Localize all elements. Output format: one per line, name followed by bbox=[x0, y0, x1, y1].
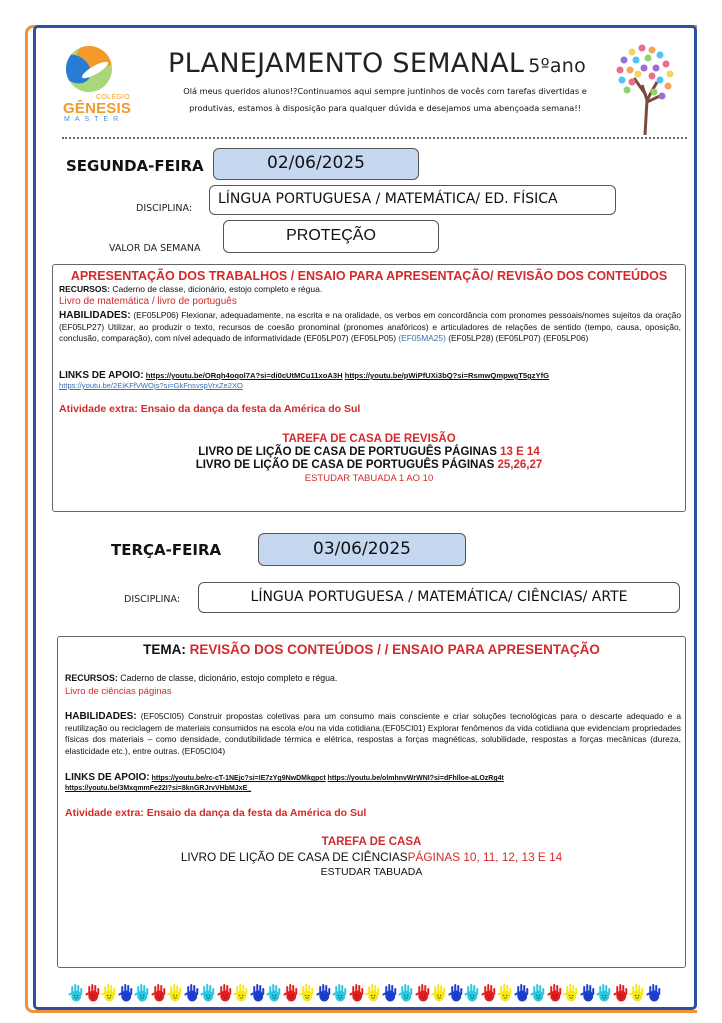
tuesday-links: LINKS DE APOIO: https://youtu.be/rc-cT-1… bbox=[65, 773, 681, 794]
skills-label: HABILIDADES: bbox=[59, 310, 131, 321]
monday-homework-title: TAREFA DE CASA DE REVISÃO bbox=[53, 433, 685, 445]
tuesday-homework-title: TAREFA DE CASA bbox=[58, 836, 685, 848]
monday-homework-line-1: LIVRO DE LIÇÃO DE CASA DE PORTUGUÊS PÁGI… bbox=[53, 446, 685, 458]
tuesday-discipline-field[interactable]: LÍNGUA PORTUGUESA / MATEMÁTICA/ CIÊNCIAS… bbox=[198, 582, 680, 613]
support-link-1[interactable]: https://youtu.be/rc-cT-1NEjc?si=IE7zYg9N… bbox=[152, 775, 326, 782]
monday-resources: RECURSOS: Caderno de classe, dicionário,… bbox=[59, 284, 322, 294]
support-link-2[interactable]: https://youtu.be/pWiPfUXi3bQ?si=RsmwQmpw… bbox=[345, 371, 549, 380]
resources-label: RECURSOS: bbox=[65, 673, 118, 683]
theme-label: TEMA: bbox=[143, 642, 186, 657]
logo-emblem-icon bbox=[66, 46, 112, 92]
homework-pages: 13 E 14 bbox=[500, 446, 540, 458]
monday-links: LINKS DE APOIO: https://youtu.be/ORqh4oq… bbox=[59, 371, 681, 391]
tuesday-discipline-label: DISCIPLINA: bbox=[124, 594, 180, 605]
tuesday-books: Livro de ciências páginas bbox=[65, 686, 172, 697]
hand-icon bbox=[299, 983, 316, 1003]
resources-text: Caderno de classe, dicionário, estojo co… bbox=[112, 284, 322, 294]
hand-icon bbox=[332, 983, 349, 1003]
hand-icon bbox=[365, 983, 382, 1003]
monday-discipline-field[interactable]: LÍNGUA PORTUGUESA / MATEMÁTICA/ ED. FÍSI… bbox=[209, 185, 616, 215]
resources-label: RECURSOS: bbox=[59, 284, 110, 294]
theme-text: REVISÃO DOS CONTEÚDOS / / ENSAIO PARA AP… bbox=[190, 642, 600, 657]
hand-icon bbox=[448, 983, 465, 1003]
hand-icon bbox=[580, 983, 597, 1003]
hand-icon bbox=[431, 983, 448, 1003]
hand-icon bbox=[596, 983, 613, 1003]
hand-icon bbox=[316, 983, 333, 1003]
monday-value-field[interactable]: PROTEÇÃO bbox=[223, 220, 439, 253]
hand-icon bbox=[217, 983, 234, 1003]
hand-icon bbox=[481, 983, 498, 1003]
hand-icon bbox=[283, 983, 300, 1003]
tuesday-content-box: TEMA: REVISÃO DOS CONTEÚDOS / / ENSAIO P… bbox=[57, 636, 686, 968]
monday-theme: APRESENTAÇÃO DOS TRABALHOS / ENSAIO PARA… bbox=[53, 269, 685, 283]
hand-icon bbox=[101, 983, 118, 1003]
hand-icon bbox=[415, 983, 432, 1003]
skills-code-highlight: (EF05MA25) bbox=[398, 333, 445, 343]
monday-content-box: APRESENTAÇÃO DOS TRABALHOS / ENSAIO PARA… bbox=[52, 264, 686, 512]
hand-icon bbox=[563, 983, 580, 1003]
skills-text-tail: (EF05LP28) (EF05LP07) (EF05LP06) bbox=[448, 333, 588, 343]
homework-line-text: LIVRO DE LIÇÃO DE CASA DE PORTUGUÊS PÁGI… bbox=[198, 446, 497, 458]
hand-icon bbox=[118, 983, 135, 1003]
support-link-2[interactable]: https://youtu.be/olmhnvWrWNI?si=dFhlloe-… bbox=[328, 775, 504, 782]
monday-extra-activity: Atividade extra: Ensaio da dança da fest… bbox=[59, 403, 360, 415]
hand-icon bbox=[151, 983, 168, 1003]
hand-icon bbox=[530, 983, 547, 1003]
monday-value-label: VALOR DA SEMANA bbox=[109, 243, 200, 254]
tuesday-extra-activity: Atividade extra: Ensaio da dança da fest… bbox=[65, 807, 366, 819]
monday-discipline-label: DISCIPLINA: bbox=[136, 203, 192, 214]
tuesday-skills: HABILIDADES: (EF05CI05) Construir propos… bbox=[65, 711, 681, 757]
hand-icon bbox=[184, 983, 201, 1003]
support-link-3[interactable]: https://youtu.be/3MxqmmFe22I?si=8knGRJrv… bbox=[65, 785, 251, 792]
monday-books: Livro de matemática / livro de português bbox=[59, 296, 237, 307]
support-link-1[interactable]: https://youtu.be/ORqh4oqol7A?si=di0cUtMC… bbox=[146, 371, 343, 380]
skills-label: HABILIDADES: bbox=[65, 711, 137, 722]
hand-icon bbox=[629, 983, 646, 1003]
tuesday-homework-line: LIVRO DE LIÇÃO DE CASA DE CIÊNCIASPÁGINA… bbox=[58, 850, 685, 864]
skills-text: (EF05CI05) Construir propostas coletivas… bbox=[65, 711, 681, 756]
logo-name-text: GÊNESIS bbox=[63, 100, 131, 117]
header-separator bbox=[62, 137, 687, 139]
monday-skills: HABILIDADES: (EF05LP06) Flexionar, adequ… bbox=[59, 310, 681, 345]
school-logo: COLÉGIO GÊNESIS MASTER bbox=[60, 44, 136, 124]
homework-pages: PÁGINAS 10, 11, 12, 13 E 14 bbox=[408, 850, 563, 864]
hand-icon bbox=[85, 983, 102, 1003]
homework-pages: 25,26,27 bbox=[498, 459, 543, 471]
monday-day-label: SEGUNDA-FEIRA bbox=[66, 157, 204, 175]
monday-date-field[interactable]: 02/06/2025 bbox=[213, 148, 419, 180]
logo-sub-text: MASTER bbox=[64, 116, 123, 123]
homework-line-text: LIVRO DE LIÇÃO DE CASA DE CIÊNCIAS bbox=[181, 850, 408, 864]
colorful-tree-icon bbox=[612, 40, 678, 135]
homework-line-text: LIVRO DE LIÇÃO DE CASA DE PORTUGUÊS PÁGI… bbox=[196, 459, 495, 471]
tuesday-homework-extra: ESTUDAR TABUADA bbox=[58, 866, 685, 878]
greeting-message: Olá meus queridos alunos!?Continuamos aq… bbox=[165, 83, 605, 117]
hand-icon bbox=[514, 983, 531, 1003]
hand-icon bbox=[167, 983, 184, 1003]
title-text: PLANEJAMENTO SEMANAL bbox=[168, 48, 524, 79]
hands-border-decoration bbox=[68, 983, 668, 1005]
grade-text: 5ºano bbox=[528, 55, 586, 77]
page-title: PLANEJAMENTO SEMANAL5ºano bbox=[168, 48, 586, 79]
hand-icon bbox=[398, 983, 415, 1003]
tuesday-resources: RECURSOS: Caderno de classe, dicionário,… bbox=[65, 673, 337, 683]
hand-icon bbox=[464, 983, 481, 1003]
monday-homework-extra: ESTUDAR TABUADA 1 AO 10 bbox=[53, 473, 685, 484]
tuesday-day-label: TERÇA-FEIRA bbox=[111, 541, 221, 559]
hand-icon bbox=[349, 983, 366, 1003]
hand-icon bbox=[382, 983, 399, 1003]
hand-icon bbox=[233, 983, 250, 1003]
hand-icon bbox=[613, 983, 630, 1003]
monday-homework-line-2: LIVRO DE LIÇÃO DE CASA DE PORTUGUÊS PÁGI… bbox=[53, 459, 685, 471]
hand-icon bbox=[200, 983, 217, 1003]
hand-icon bbox=[68, 983, 85, 1003]
hand-icon bbox=[547, 983, 564, 1003]
hand-icon bbox=[646, 983, 663, 1003]
links-label: LINKS DE APOIO: bbox=[59, 370, 144, 381]
hand-icon bbox=[250, 983, 267, 1003]
hand-icon bbox=[134, 983, 151, 1003]
hand-icon bbox=[266, 983, 283, 1003]
links-label: LINKS DE APOIO: bbox=[65, 772, 150, 783]
tuesday-theme: TEMA: REVISÃO DOS CONTEÚDOS / / ENSAIO P… bbox=[58, 642, 685, 657]
tuesday-date-field[interactable]: 03/06/2025 bbox=[258, 533, 466, 566]
resources-text: Caderno de classe, dicionário, estojo co… bbox=[120, 673, 337, 683]
support-link-3[interactable]: https://youtu.be/2EiKFfVWOjs?si=GkFnsvsp… bbox=[59, 381, 243, 390]
hand-icon bbox=[497, 983, 514, 1003]
